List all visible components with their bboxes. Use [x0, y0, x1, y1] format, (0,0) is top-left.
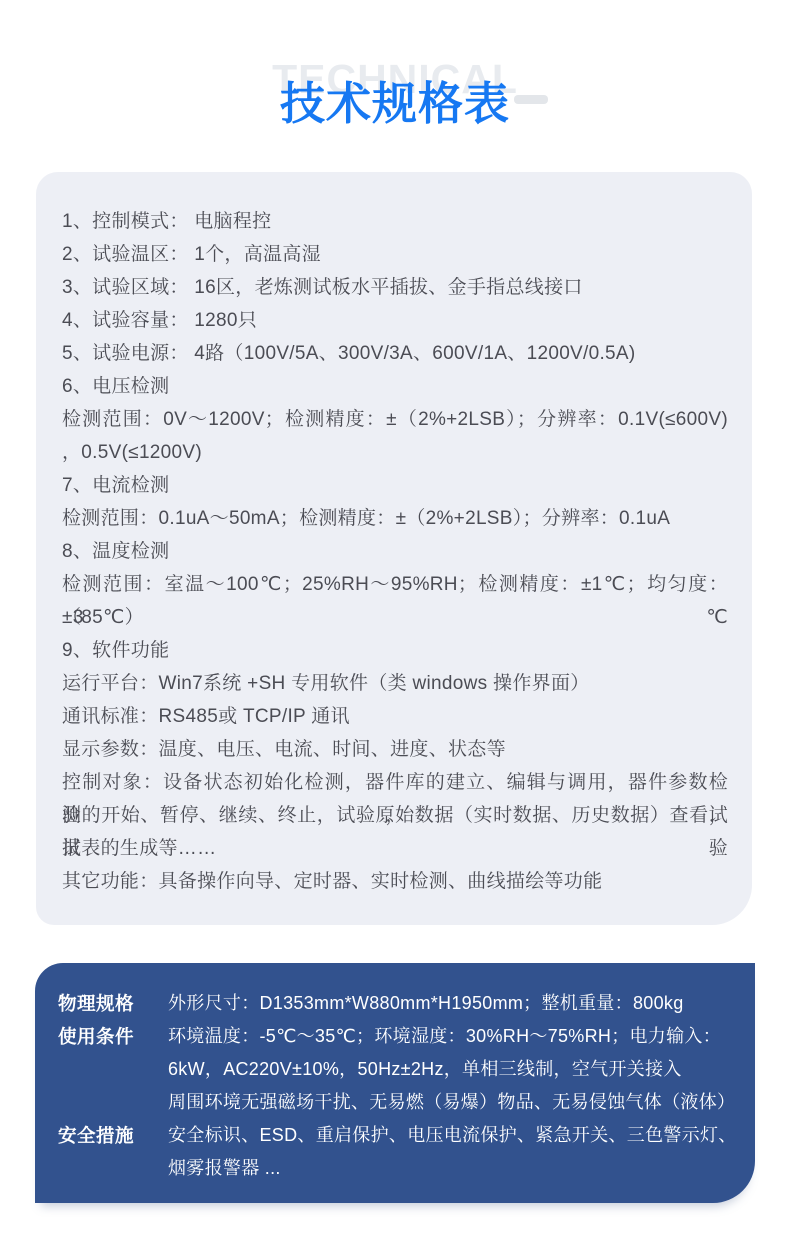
- spec-lines: 1、控制模式： 电脑程控2、试验温区： 1个，高温高湿3、试验区域： 16区，老…: [62, 205, 728, 898]
- info-row-label: 物理规格: [58, 987, 168, 1020]
- info-row-label: 使用条件: [58, 1020, 168, 1053]
- info-line: 环境温度：-5℃～35℃；环境湿度：30%RH～75%RH；电力输入：: [168, 1020, 737, 1053]
- spec-line: 运行平台：Win7系统 +SH 专用软件（类 windows 操作界面）: [62, 667, 728, 700]
- spec-line: 控制对象：设备状态初始化检测，器件库的建立、编辑与调用，器件参数检测，试: [62, 766, 728, 799]
- spec-line: 通讯标准：RS485或 TCP/IP 通讯: [62, 700, 728, 733]
- info-row: 使用条件环境温度：-5℃～35℃；环境湿度：30%RH～75%RH；电力输入：6…: [58, 1020, 737, 1119]
- spec-line: 8、温度检测: [62, 535, 728, 568]
- spec-line: 验的开始、暂停、继续、终止，试验原始数据（实时数据、历史数据）查看，试验: [62, 799, 728, 832]
- spec-line: 检测范围：0V～1200V；检测精度：±（2%+2LSB）；分辨率：0.1V(≤…: [62, 403, 728, 436]
- spec-line: 5、试验电源： 4路（100V/5A、300V/3A、600V/1A、1200V…: [62, 337, 728, 370]
- spec-line: 9、软件功能: [62, 634, 728, 667]
- info-row-content: 外形尺寸：D1353mm*W880mm*H1950mm；整机重量：800kg: [168, 987, 737, 1020]
- info-rows: 物理规格外形尺寸：D1353mm*W880mm*H1950mm；整机重量：800…: [58, 987, 737, 1185]
- spec-line: 检测范围：室温～100℃；25%RH～95%RH；检测精度：±1℃；均匀度：±3…: [62, 568, 728, 601]
- spec-line: 2、试验温区： 1个，高温高湿: [62, 238, 728, 271]
- info-line: 外形尺寸：D1353mm*W880mm*H1950mm；整机重量：800kg: [168, 987, 737, 1020]
- spec-line: 4、试验容量： 1280只: [62, 304, 728, 337]
- header: TECHNICAL 技术规格表: [0, 0, 790, 172]
- info-line: 6kW，AC220V±10%，50Hz±2Hz，单相三线制，空气开关接入: [168, 1053, 737, 1086]
- spec-line: 3、试验区域： 16区，老炼测试板水平插拔、金手指总线接口: [62, 271, 728, 304]
- info-row: 物理规格外形尺寸：D1353mm*W880mm*H1950mm；整机重量：800…: [58, 987, 737, 1020]
- info-line: 安全标识、ESD、重启保护、电压电流保护、紧急开关、三色警示灯、: [168, 1119, 737, 1152]
- info-card: 物理规格外形尺寸：D1353mm*W880mm*H1950mm；整机重量：800…: [35, 963, 755, 1203]
- info-line: 烟雾报警器 ...: [168, 1152, 737, 1185]
- spec-card: 1、控制模式： 电脑程控2、试验温区： 1个，高温高湿3、试验区域： 16区，老…: [36, 172, 752, 925]
- spec-line: 显示参数：温度、电压、电流、时间、进度、状态等: [62, 733, 728, 766]
- spec-line: 7、电流检测: [62, 469, 728, 502]
- info-row-content: 安全标识、ESD、重启保护、电压电流保护、紧急开关、三色警示灯、烟雾报警器 ..…: [168, 1119, 737, 1185]
- info-row: 安全措施安全标识、ESD、重启保护、电压电流保护、紧急开关、三色警示灯、烟雾报警…: [58, 1119, 737, 1185]
- spec-line: ，0.5V(≤1200V): [62, 436, 728, 469]
- info-row-content: 环境温度：-5℃～35℃；环境湿度：30%RH～75%RH；电力输入：6kW，A…: [168, 1020, 737, 1119]
- info-row-label: 安全措施: [58, 1119, 168, 1152]
- page-title: 技术规格表: [0, 80, 790, 128]
- spec-line: 其它功能：具备操作向导、定时器、实时检测、曲线描绘等功能: [62, 865, 728, 898]
- spec-line: 检测范围：0.1uA～50mA；检测精度：±（2%+2LSB）；分辨率：0.1u…: [62, 502, 728, 535]
- spec-line: 6、电压检测: [62, 370, 728, 403]
- page: TECHNICAL 技术规格表 1、控制模式： 电脑程控2、试验温区： 1个，高…: [0, 0, 790, 1246]
- info-line: 周围环境无强磁场干扰、无易燃（易爆）物品、无易侵蚀气体（液体）: [168, 1086, 737, 1119]
- spec-line: 1、控制模式： 电脑程控: [62, 205, 728, 238]
